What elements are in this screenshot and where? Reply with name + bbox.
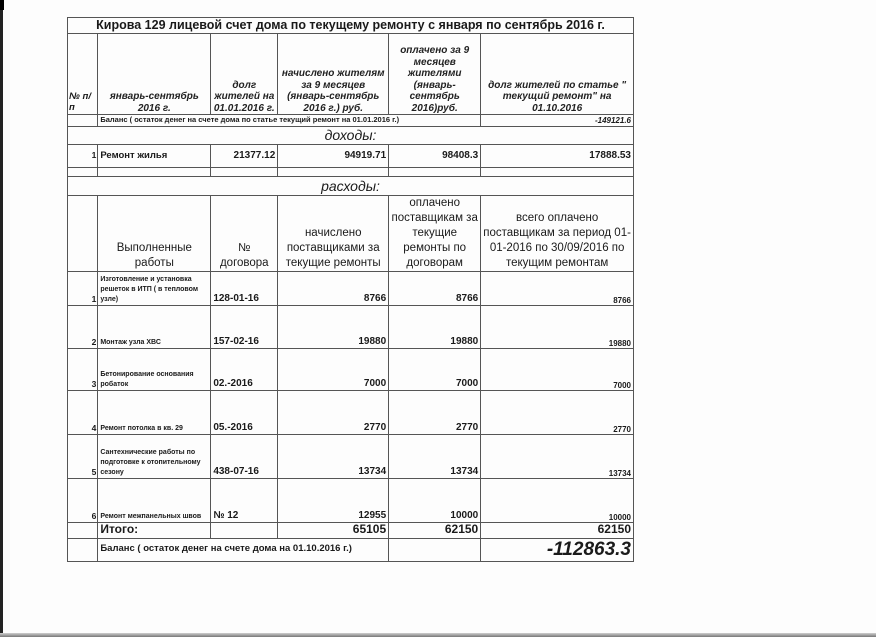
opening-balance-row: Баланс ( остаток денег на счете дома по …	[68, 115, 634, 127]
income-section-row: доходы:	[68, 127, 634, 145]
expense-row: 4 Ремонт потолка в кв. 29 05.-2016 2770 …	[68, 390, 634, 434]
col-header-works: Выполненные работы	[98, 196, 211, 272]
totals-charged: 65105	[278, 522, 389, 538]
opening-balance-label: Баланс ( остаток денег на счете дома по …	[98, 115, 481, 127]
income-row: 1 Ремонт жилья 21377.12 94919.71 98408.3…	[68, 145, 634, 168]
expense-row: 6 Ремонт межпанельных швов № 12 12955 10…	[68, 478, 634, 522]
expense-row-num: 1	[68, 271, 98, 305]
empty-cell	[68, 538, 98, 561]
title-row: Кирова 129 лицевой счет дома по текущему…	[68, 18, 634, 34]
col-header-contract: № договора	[211, 196, 278, 272]
col-header-period: январь-сентябрь 2016 г.	[98, 34, 211, 115]
expense-row-num: 3	[68, 348, 98, 390]
empty-cell	[68, 115, 98, 127]
expense-row-paid: 10000	[389, 478, 481, 522]
expense-row-charged: 19880	[278, 305, 389, 348]
expense-row-num: 2	[68, 305, 98, 348]
income-row-debt-end: 17888.53	[481, 145, 634, 168]
scan-edge-corner	[0, 0, 4, 10]
expense-row-contract: 05.-2016	[211, 390, 278, 434]
col-header-supplier-charged: начислено поставщиками за текущие ремонт…	[278, 196, 389, 272]
col-header-debt-start: долг жителей на 01.01.2016 г.	[211, 34, 278, 115]
expense-row-paid: 2770	[389, 390, 481, 434]
income-row-name: Ремонт жилья	[98, 145, 211, 168]
col-header-supplier-paid: оплачено поставщикам за текущие ремонты …	[389, 196, 481, 272]
expense-row-charged: 7000	[278, 348, 389, 390]
expense-row: 2 Монтаж узла ХВС 157-02-16 19880 19880 …	[68, 305, 634, 348]
expense-header-row: Выполненные работы № договора начислено …	[68, 196, 634, 272]
empty-cell	[68, 522, 98, 538]
expense-row-charged: 2770	[278, 390, 389, 434]
empty-cell	[211, 168, 278, 177]
expense-row-paid: 19880	[389, 305, 481, 348]
expense-row-name: Монтаж узла ХВС	[98, 305, 211, 348]
expense-row-total-paid: 8766	[481, 271, 634, 305]
expense-row-name: Ремонт потолка в кв. 29	[98, 390, 211, 434]
col-header-total-paid: всего оплачено поставщикам за период 01-…	[481, 196, 634, 272]
expense-row-charged: 12955	[278, 478, 389, 522]
empty-cell	[278, 168, 389, 177]
empty-cell	[68, 168, 98, 177]
empty-cell	[389, 538, 481, 561]
income-section-title: доходы:	[68, 127, 634, 145]
totals-paid: 62150	[389, 522, 481, 538]
expense-row-paid: 7000	[389, 348, 481, 390]
empty-cell	[98, 168, 211, 177]
col-header-charged: начислено жителям за 9 месяцев (январь-с…	[278, 34, 389, 115]
income-header-row: № п/п январь-сентябрь 2016 г. долг жител…	[68, 34, 634, 115]
expense-row-contract: № 12	[211, 478, 278, 522]
income-row-charged: 94919.71	[278, 145, 389, 168]
expense-row-charged: 13734	[278, 434, 389, 478]
opening-balance-value: -149121.6	[481, 115, 634, 127]
expense-row-total-paid: 10000	[481, 478, 634, 522]
spacer-row	[68, 168, 634, 177]
income-row-debt-start: 21377.12	[211, 145, 278, 168]
expense-row-contract: 438-07-16	[211, 434, 278, 478]
empty-cell	[389, 168, 481, 177]
expense-row: 3 Бетонирование основания робаток 02.-20…	[68, 348, 634, 390]
expense-row-paid: 8766	[389, 271, 481, 305]
expense-row-num: 6	[68, 478, 98, 522]
expense-row-total-paid: 13734	[481, 434, 634, 478]
expense-row-name: Изготовление и установка решеток в ИТП (…	[98, 271, 211, 305]
empty-cell	[481, 168, 634, 177]
scan-edge-bottom	[0, 633, 876, 637]
income-row-num: 1	[68, 145, 98, 168]
expense-row: 1 Изготовление и установка решеток в ИТП…	[68, 271, 634, 305]
empty-cell	[211, 522, 278, 538]
expense-row-contract: 128-01-16	[211, 271, 278, 305]
expense-row-total-paid: 19880	[481, 305, 634, 348]
expense-row-total-paid: 2770	[481, 390, 634, 434]
expense-row-name: Бетонирование основания робаток	[98, 348, 211, 390]
totals-row: Итого: 65105 62150 62150	[68, 522, 634, 538]
expense-row-contract: 157-02-16	[211, 305, 278, 348]
col-header-paid: оплачено за 9 месяцев жителями (январь-с…	[389, 34, 481, 115]
expense-row-total-paid: 7000	[481, 348, 634, 390]
repair-account-table: Кирова 129 лицевой счет дома по текущему…	[67, 17, 634, 562]
closing-balance-label: Баланс ( остаток денег на счете дома на …	[98, 538, 389, 561]
expense-row-num: 5	[68, 434, 98, 478]
expense-row-contract: 02.-2016	[211, 348, 278, 390]
closing-balance-value: -112863.3	[481, 538, 634, 561]
closing-balance-row: Баланс ( остаток денег на счете дома на …	[68, 538, 634, 561]
col-header-num: № п/п	[68, 34, 98, 115]
empty-cell	[68, 196, 98, 272]
expense-section-title: расходы:	[68, 177, 634, 196]
expense-row-name: Ремонт межпанельных швов	[98, 478, 211, 522]
income-row-paid: 98408.3	[389, 145, 481, 168]
expense-row-num: 4	[68, 390, 98, 434]
col-header-debt-end: долг жителей по статье " текущий ремонт"…	[481, 34, 634, 115]
expense-row-charged: 8766	[278, 271, 389, 305]
expense-section-row: расходы:	[68, 177, 634, 196]
document-title: Кирова 129 лицевой счет дома по текущему…	[68, 18, 634, 34]
totals-total-paid: 62150	[481, 522, 634, 538]
scan-edge-left	[0, 0, 3, 637]
totals-label: Итого:	[98, 522, 211, 538]
expense-row-name: Сантехнические работы по подготовке к от…	[98, 434, 211, 478]
expense-row: 5 Сантехнические работы по подготовке к …	[68, 434, 634, 478]
expense-row-paid: 13734	[389, 434, 481, 478]
